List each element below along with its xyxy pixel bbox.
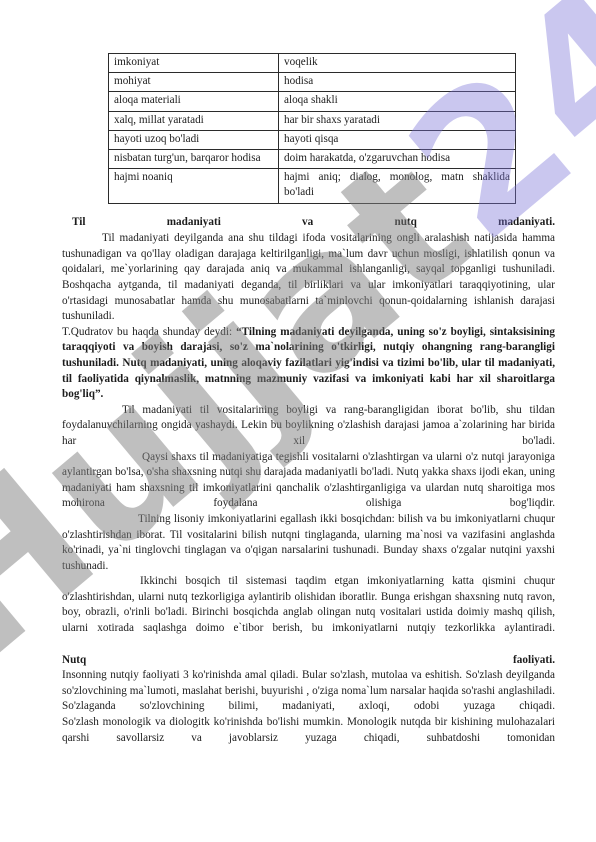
paragraph-ikkinchi-bosqich: Ikkinchi bosqich til sistemasi taqdim et… (62, 574, 555, 636)
table-row: hajmi noaniq hajmi aniq; dialog, monolog… (109, 169, 516, 203)
table-cell: xalq, millat yaratadi (109, 111, 279, 130)
paragraph-til-madaniyati-definition: Til madaniyati deyilganda ana shu tildag… (62, 231, 555, 325)
table-cell: nisbatan turg'un, barqaror hodisa (109, 150, 279, 169)
paragraph-sozlash-monologik: So'zlash monologik va diologitk ko'rinis… (62, 715, 555, 746)
section-heading-nutq-faoliyati: Nutq faoliyati. (62, 653, 555, 669)
table-cell: imkoniyat (109, 54, 279, 73)
table-cell: hajmi aniq; dialog, monolog, matn shakli… (279, 169, 516, 203)
table-cell: hayoti uzoq bo'ladi (109, 130, 279, 149)
table-row: xalq, millat yaratadi har bir shaxs yara… (109, 111, 516, 130)
paragraph-til-vositalari: Til madaniyati til vositalarining boylig… (62, 403, 555, 450)
table-cell: voqelik (279, 54, 516, 73)
table-cell: hodisa (279, 73, 516, 92)
table-cell: hayoti qisqa (279, 130, 516, 149)
table-cell: har bir shaxs yaratadi (279, 111, 516, 130)
paragraph-nutqiy-faoliyat: Insonning nutqiy faoliyati 3 ko'rinishda… (62, 668, 555, 715)
table-cell: aloqa shakli (279, 92, 516, 111)
table-row: hayoti uzoq bo'ladi hayoti qisqa (109, 130, 516, 149)
paragraph-qudratov-quote: T.Qudratov bu haqda shunday deydi: “Tiln… (62, 325, 555, 403)
table-row: nisbatan turg'un, barqaror hodisa doim h… (109, 150, 516, 169)
document-content: imkoniyat voqelik mohiyat hodisa aloqa m… (62, 53, 555, 746)
table-cell: hajmi noaniq (109, 169, 279, 203)
paragraph-lisoniy-imkoniyatlar: Tilning lisoniy imkoniyatlarini egallash… (62, 512, 555, 574)
table-cell: doim harakatda, o'zgaruvchan hodisa (279, 150, 516, 169)
document-title: Til madaniyati va nutq madaniyati. (62, 215, 555, 231)
document-page: imkoniyat voqelik mohiyat hodisa aloqa m… (0, 0, 596, 842)
comparison-table: imkoniyat voqelik mohiyat hodisa aloqa m… (108, 53, 516, 204)
paragraph-qaysi-shaxs: Qaysi shaxs til madaniyatiga tegishli vo… (62, 450, 555, 512)
table-cell: aloqa materiali (109, 92, 279, 111)
table-row: aloqa materiali aloqa shakli (109, 92, 516, 111)
table-cell: mohiyat (109, 73, 279, 92)
table-row: imkoniyat voqelik (109, 54, 516, 73)
table-row: mohiyat hodisa (109, 73, 516, 92)
